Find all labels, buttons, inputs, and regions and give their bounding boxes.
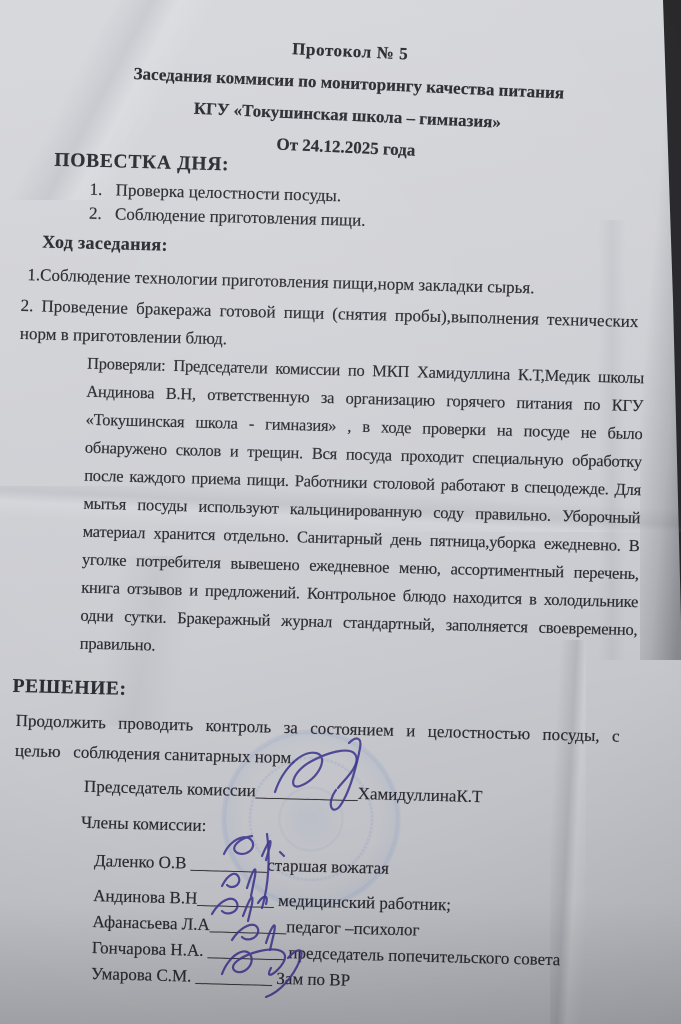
- member-name: Афанасьева Л.А: [92, 912, 210, 934]
- signature-blank-line: _________: [197, 889, 274, 910]
- member-row: Даленко О.В _________старшая вожатая: [94, 848, 628, 888]
- member-role: Зам по ВР: [272, 969, 350, 990]
- decision-text: Продолжить проводить контроль за состоян…: [15, 706, 620, 782]
- agenda-item-text: Проверка целостности посуды.: [115, 180, 341, 205]
- member-role: старшая вожатая: [267, 856, 389, 878]
- signature-blank-line: ____________: [256, 781, 358, 803]
- document-content: Протокол № 5 Заседания коммисии по монит…: [3, 24, 650, 1001]
- signature-blank-line: _________: [195, 967, 272, 988]
- signature-blank-line: _________: [210, 915, 287, 936]
- member-name: Гончарова Н.А.: [92, 938, 208, 960]
- chairman-label: Председатель комиссии: [84, 777, 256, 800]
- chairman-name: ХамидуллинаК.Т: [357, 784, 482, 806]
- agenda-item-text: Соблюдение приготовления пищи.: [115, 204, 366, 230]
- members-list: Даленко О.В _________старшая вожатая Анд…: [91, 848, 628, 1001]
- member-role: председатель попечительского совета: [284, 943, 561, 969]
- member-role: педагог –психолог: [286, 917, 420, 939]
- agenda-item-number: 1.: [89, 178, 116, 203]
- agenda-item-number: 2.: [89, 202, 116, 227]
- members-heading: Члены комиссии:: [81, 810, 629, 850]
- member-role: медицинский работник;: [274, 891, 452, 915]
- signature-blank-line: _________: [191, 854, 268, 875]
- member-name: Даленко О.В: [94, 851, 191, 873]
- signature-blank-line: _________: [207, 941, 284, 962]
- member-name: Умарова С.М.: [91, 964, 196, 986]
- agenda-list: 1.Проверка целостности посуды. 2.Соблюде…: [89, 178, 646, 241]
- document-photo: Протокол № 5 Заседания коммисии по монит…: [0, 0, 681, 1024]
- member-name: Андинова В.Н: [93, 886, 198, 908]
- inspection-paragraph: Проверяли: Председатели комиссии по МКП …: [81, 350, 644, 618]
- document-header: Протокол № 5 Заседания коммисии по монит…: [57, 23, 638, 177]
